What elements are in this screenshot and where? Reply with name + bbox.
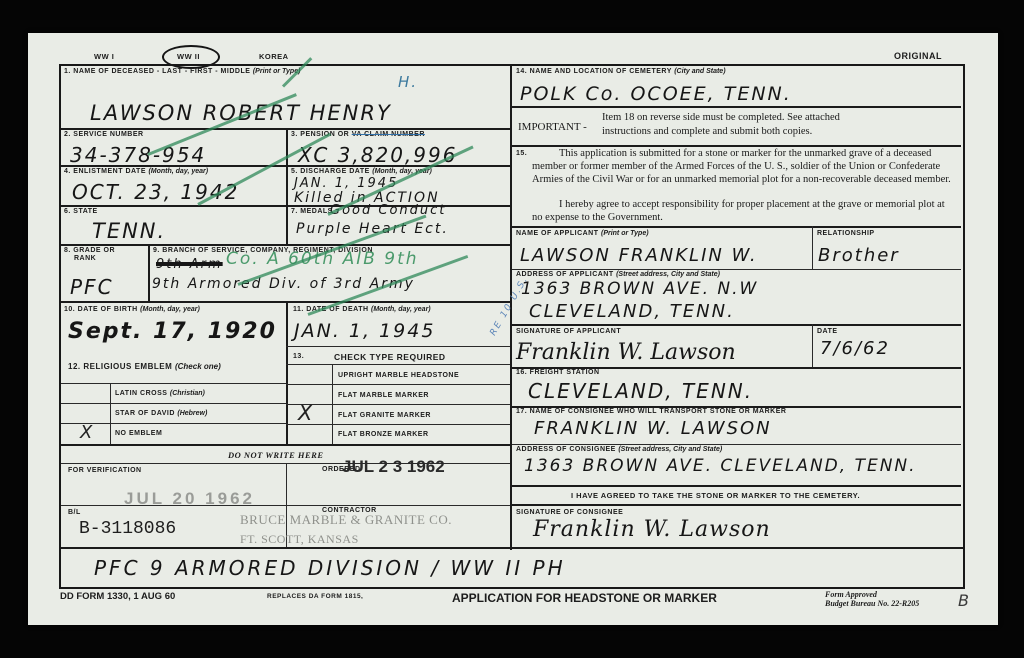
relationship-label: RELATIONSHIP — [817, 230, 875, 237]
headstone-application-form: WW I WW II KOREA ORIGINAL 1. NAME OF DEC… — [28, 33, 998, 625]
divider — [61, 505, 510, 506]
name-annotation: H. — [398, 73, 418, 91]
applicant-name: LAWSON FRANKLIN W. — [520, 245, 758, 266]
application-date: 7/6/62 — [820, 338, 890, 359]
marker-label: FLAT GRANITE MARKER — [338, 412, 431, 419]
deceased-name: LAWSON ROBERT HENRY — [90, 101, 392, 125]
important-line2: instructions and complete and submit bot… — [602, 126, 812, 139]
divider — [512, 444, 961, 445]
divider — [61, 383, 286, 384]
divider — [286, 404, 510, 405]
field-1-label: 1. NAME OF DECEASED - LAST - FIRST - MID… — [64, 68, 300, 75]
replaces-note: REPLACES DA FORM 1815, — [267, 593, 363, 600]
consignee-agreement: I HAVE AGREED TO TAKE THE STONE OR MARKE… — [571, 491, 860, 500]
contractor-name: BRUCE MARBLE & GRANITE CO. — [240, 512, 452, 528]
field-8-label: 8. GRADE OR — [64, 247, 115, 254]
field-17-label: 17. NAME OF CONSIGNEE WHO WILL TRANSPORT… — [516, 408, 786, 415]
divider — [286, 364, 510, 365]
divider — [61, 423, 286, 424]
divider — [286, 301, 288, 444]
form-approved: Form Approved — [825, 590, 877, 599]
enlistment-date: OCT. 23, 1942 — [72, 180, 239, 204]
contractor-location: FT. SCOTT, KANSAS — [240, 532, 359, 547]
field-8-label-rank: RANK — [74, 255, 96, 262]
field-2-label: 2. SERVICE NUMBER — [64, 131, 144, 138]
consignee-signature: Franklin W. Lawson — [533, 517, 771, 542]
field-6-label: 6. STATE — [64, 208, 98, 215]
service-number: 34-378-954 — [70, 143, 206, 167]
date-of-death: JAN. 1, 1945 — [294, 320, 435, 342]
relationship-value: Brother — [818, 245, 900, 266]
divider — [61, 547, 963, 549]
consignee-signature-label: SIGNATURE OF CONSIGNEE — [516, 509, 623, 516]
divider — [286, 128, 288, 245]
divider — [512, 226, 961, 228]
important-line1: Item 18 on reverse side must be complete… — [602, 112, 840, 125]
freight-station: CLEVELAND, TENN. — [528, 379, 753, 403]
divider — [286, 384, 510, 385]
divider — [61, 244, 510, 246]
field-16-label: 16. FREIGHT STATION — [516, 369, 600, 376]
inscription: PFC 9 ARMORED DIVISION / WW II PH — [94, 556, 566, 580]
divider — [512, 504, 961, 506]
applicant-name-label: NAME OF APPLICANT (Print or Type) — [516, 230, 649, 237]
consignee-address-label: ADDRESS OF CONSIGNEE (Street address, Ci… — [516, 446, 722, 453]
war-option-korea: KOREA — [259, 52, 289, 61]
war-option-ww1: WW I — [94, 52, 114, 61]
divider — [512, 145, 961, 147]
cemetery-location: POLK Co. OCOEE, TENN. — [520, 83, 792, 105]
form-title: APPLICATION FOR HEADSTONE OR MARKER — [452, 591, 717, 605]
field-15-number: 15. — [516, 150, 527, 157]
date-of-birth: Sept. 17, 1920 — [68, 319, 277, 344]
budget-bureau-number: Budget Bureau No. 22-R205 — [825, 599, 919, 608]
divider — [286, 424, 510, 425]
ordered-stamp: JUL 2 3 1962 — [342, 457, 445, 477]
applicant-address-label: ADDRESS OF APPLICANT (Street address, Ci… — [516, 271, 720, 278]
divider — [512, 324, 961, 326]
consignee-address: 1363 BROWN AVE. CLEVELAND, TENN. — [524, 456, 917, 476]
emblem-label: STAR OF DAVID (Hebrew) — [115, 410, 207, 417]
copy-label: ORIGINAL — [894, 51, 942, 61]
divider — [512, 485, 961, 487]
field-3-label: 3. PENSION OR VA CLAIM NUMBER — [291, 131, 425, 138]
divider — [812, 324, 813, 367]
branch-struck: 9th Arm — [156, 257, 223, 272]
field-15-statement: This application is submitted for a ston… — [532, 148, 952, 186]
field-15-agreement: I hereby agree to accept responsibility … — [532, 199, 952, 225]
divider — [148, 244, 150, 301]
marker-label: FLAT MARBLE MARKER — [338, 392, 429, 399]
field-12-label: 12. RELIGIOUS EMBLEM (Check one) — [68, 362, 221, 371]
applicant-address-line1: 1363 BROWN AVE. N.W — [521, 279, 758, 299]
consignee-name: FRANKLIN W. LAWSON — [534, 418, 772, 439]
verification-label: FOR VERIFICATION — [68, 467, 142, 474]
field-13-number: 13. — [293, 353, 304, 360]
marker-checkbox-flat-granite[interactable]: X — [298, 401, 312, 425]
verification-stamp: JUL 20 1962 — [124, 489, 255, 509]
grade-rank: PFC — [70, 275, 114, 299]
applicant-signature: Franklin W. Lawson — [516, 340, 736, 365]
field-10-label: 10. DATE OF BIRTH (Month, day, year) — [64, 306, 200, 313]
handwritten-b: B — [958, 591, 971, 610]
divider — [61, 444, 510, 446]
date-label: DATE — [817, 328, 838, 335]
emblem-label: NO EMBLEM — [115, 430, 162, 437]
divider — [512, 106, 961, 108]
important-label: IMPORTANT - — [518, 121, 587, 134]
bl-label: B/L — [68, 509, 81, 516]
field-7-label: 7. MEDALS — [291, 208, 333, 215]
divider — [61, 403, 286, 404]
marker-label: FLAT BRONZE MARKER — [338, 431, 429, 438]
divider — [110, 383, 111, 444]
emblem-checkbox-no-emblem[interactable]: X — [80, 422, 92, 443]
divider — [286, 346, 510, 347]
divider — [61, 165, 510, 167]
state: TENN. — [92, 219, 166, 243]
divider — [512, 269, 961, 270]
field-13-label: CHECK TYPE REQUIRED — [334, 352, 446, 362]
emblem-label: LATIN CROSS (Christian) — [115, 390, 205, 397]
bl-number: B-3118086 — [79, 519, 176, 539]
field-4-label: 4. ENLISTMENT DATE (Month, day, year) — [64, 168, 208, 175]
applicant-address-line2: CLEVELAND, TENN. — [529, 301, 735, 322]
form-number: DD FORM 1330, 1 AUG 60 — [60, 591, 175, 602]
divider — [812, 226, 813, 269]
field-14-label: 14. NAME AND LOCATION OF CEMETERY (City … — [516, 68, 726, 75]
applicant-signature-label: SIGNATURE OF APPLICANT — [516, 328, 621, 335]
marker-label: UPRIGHT MARBLE HEADSTONE — [338, 372, 459, 379]
do-not-write-here: DO NOT WRITE HERE — [228, 450, 323, 460]
